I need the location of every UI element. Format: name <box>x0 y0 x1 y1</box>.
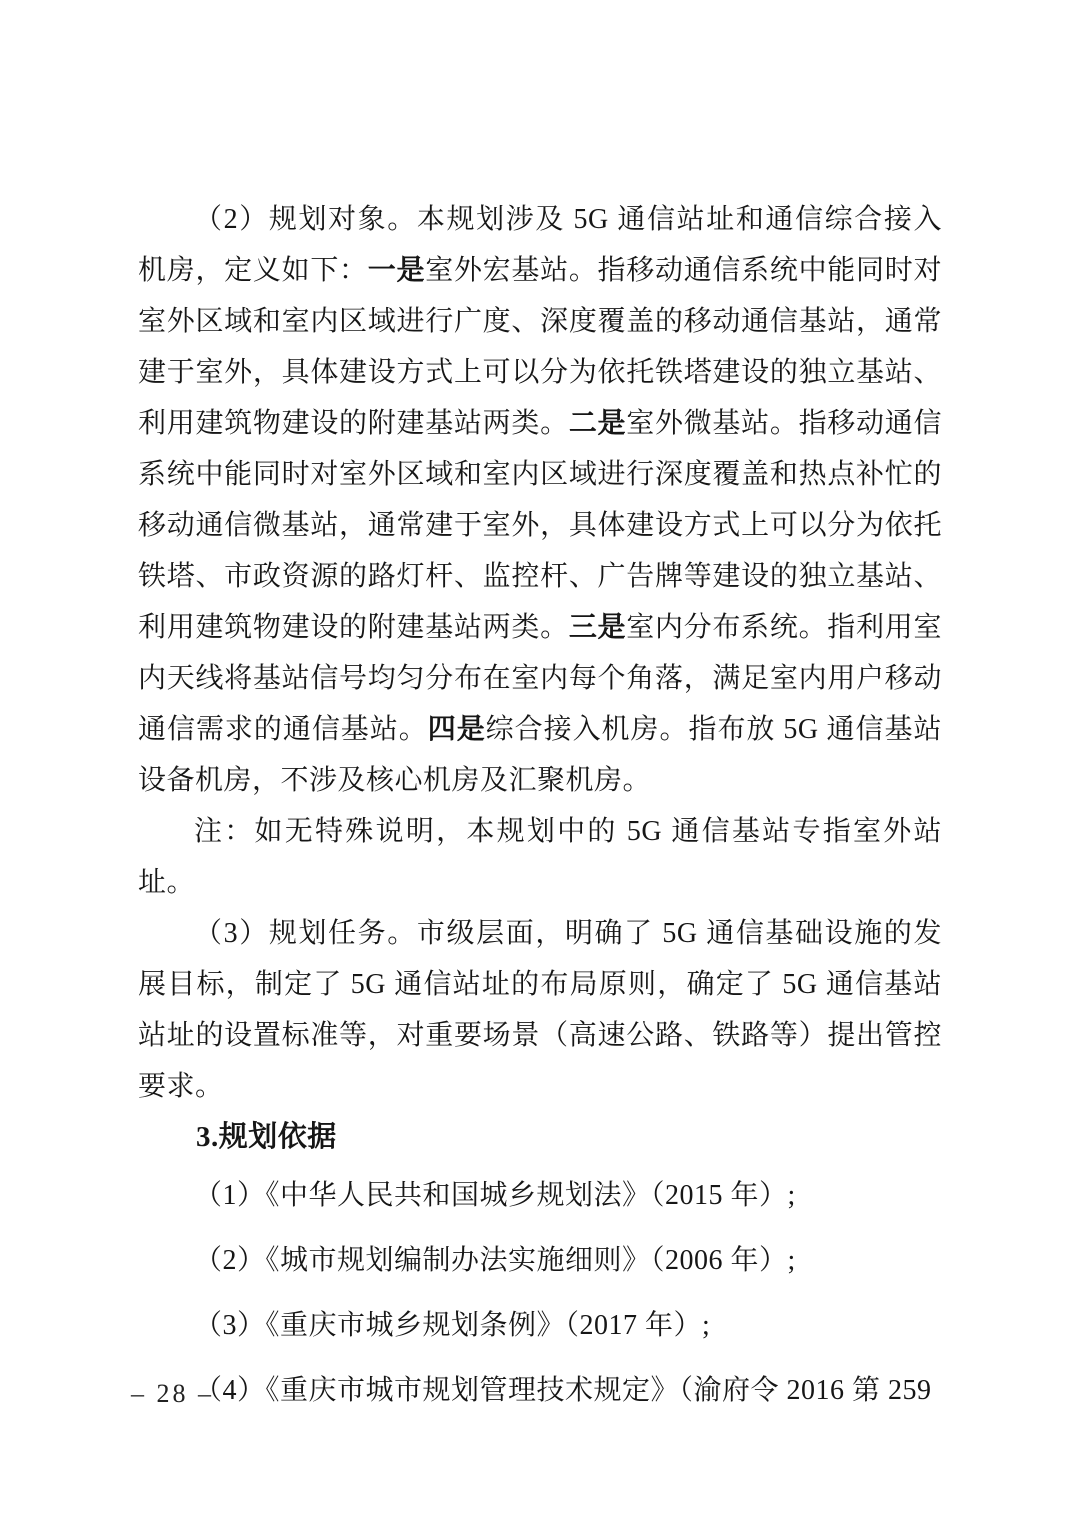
run-micro-base-station: 室外微基站。指移动通信系统中能同时对室外区域和室内区域进行深度覆盖和热点补忙的移… <box>138 408 942 643</box>
reference-item-4: （4）《重庆市城市规划管理技术规定》（渝府令 2016 第 259 <box>138 1358 942 1423</box>
section-heading: 3.规划依据 <box>138 1112 942 1163</box>
reference-item-3: （3）《重庆市城乡规划条例》（2017 年）; <box>138 1293 942 1358</box>
run-fourth-term: 四是 <box>428 714 486 745</box>
reference-item-2: （2）《城市规划编制办法实施细则》（2006 年）; <box>138 1228 942 1293</box>
note-paragraph: 注：如无特殊说明，本规划中的 5G 通信基站专指室外站址。 <box>138 806 942 908</box>
paragraph-planning-object: （2）规划对象。本规划涉及 5G 通信站址和通信综合接入机房，定义如下：一是室外… <box>138 194 942 806</box>
reference-list: （1）《中华人民共和国城乡规划法》（2015 年）; （2）《城市规划编制办法实… <box>138 1163 942 1423</box>
text-block: （2）规划对象。本规划涉及 5G 通信站址和通信综合接入机房，定义如下：一是室外… <box>138 194 942 1423</box>
paragraph-planning-tasks: （3）规划任务。市级层面，明确了 5G 通信基础设施的发展目标，制定了 5G 通… <box>138 908 942 1112</box>
run-first-term: 一是 <box>368 255 425 286</box>
run-second-term: 二是 <box>569 408 626 439</box>
page-number: – 28 – <box>131 1379 214 1409</box>
reference-item-1: （1）《中华人民共和国城乡规划法》（2015 年）; <box>138 1163 942 1228</box>
run-third-term: 三是 <box>569 612 626 643</box>
document-page: （2）规划对象。本规划涉及 5G 通信站址和通信综合接入机房，定义如下：一是室外… <box>0 0 1074 1520</box>
